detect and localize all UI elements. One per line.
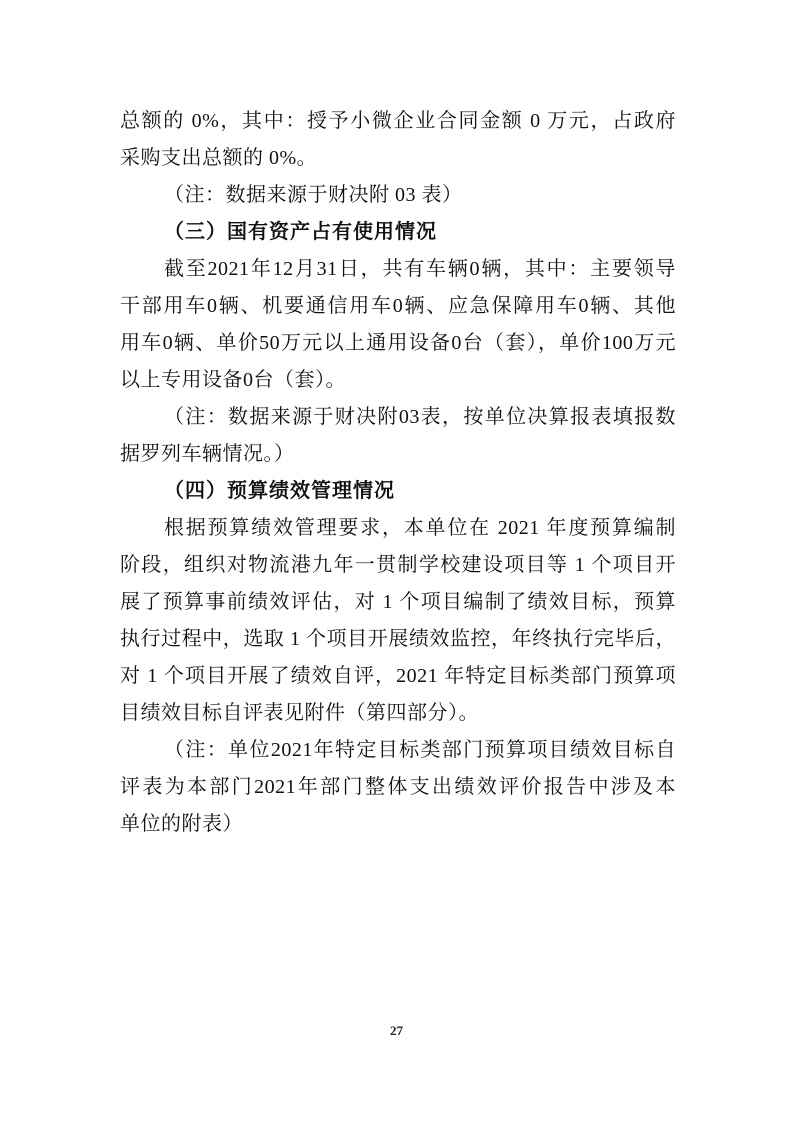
document-body: 总额的 0%，其中：授予小微企业合同金额 0 万元，占政府采购支出总额的 0%。… [120,103,676,843]
text-line: 目绩效目标自评表见附件（第四部分）。 [120,695,676,732]
note-line: 据罗列车辆情况。） [120,436,676,473]
note-line: （注：单位2021年特定目标类部门预算项目绩效目标自 [120,732,676,769]
text-line: 执行过程中，选取 1 个项目开展绩效监控，年终执行完毕后， [120,621,676,658]
note-line: （注：数据来源于财决附 03 表） [120,177,676,214]
section-heading: （三）国有资产占有使用情况 [120,214,676,251]
section-heading: （四）预算绩效管理情况 [120,473,676,510]
text-line: 对 1 个项目开展了绩效自评，2021 年特定目标类部门预算项 [120,658,676,695]
text-line: 总额的 0%，其中：授予小微企业合同金额 0 万元，占政府 [120,103,676,140]
document-page: 总额的 0%，其中：授予小微企业合同金额 0 万元，占政府采购支出总额的 0%。… [0,0,793,1122]
text-line: 以上专用设备0台（套）。 [120,362,676,399]
note-line: （注：数据来源于财决附03表，按单位决算报表填报数 [120,399,676,436]
note-line: 单位的附表） [120,806,676,843]
text-line: 用车0辆、单价50万元以上通用设备0台（套），单价100万元 [120,325,676,362]
page-number: 27 [0,1023,793,1039]
text-line: 根据预算绩效管理要求，本单位在 2021 年度预算编制 [120,510,676,547]
text-line: 展了预算事前绩效评估，对 1 个项目编制了绩效目标，预算 [120,584,676,621]
text-line: 截至2021年12月31日，共有车辆0辆，其中：主要领导 [120,251,676,288]
text-line: 采购支出总额的 0%。 [120,140,676,177]
note-line: 评表为本部门2021年部门整体支出绩效评价报告中涉及本 [120,769,676,806]
text-line: 干部用车0辆、机要通信用车0辆、应急保障用车0辆、其他 [120,288,676,325]
text-line: 阶段，组织对物流港九年一贯制学校建设项目等 1 个项目开 [120,547,676,584]
